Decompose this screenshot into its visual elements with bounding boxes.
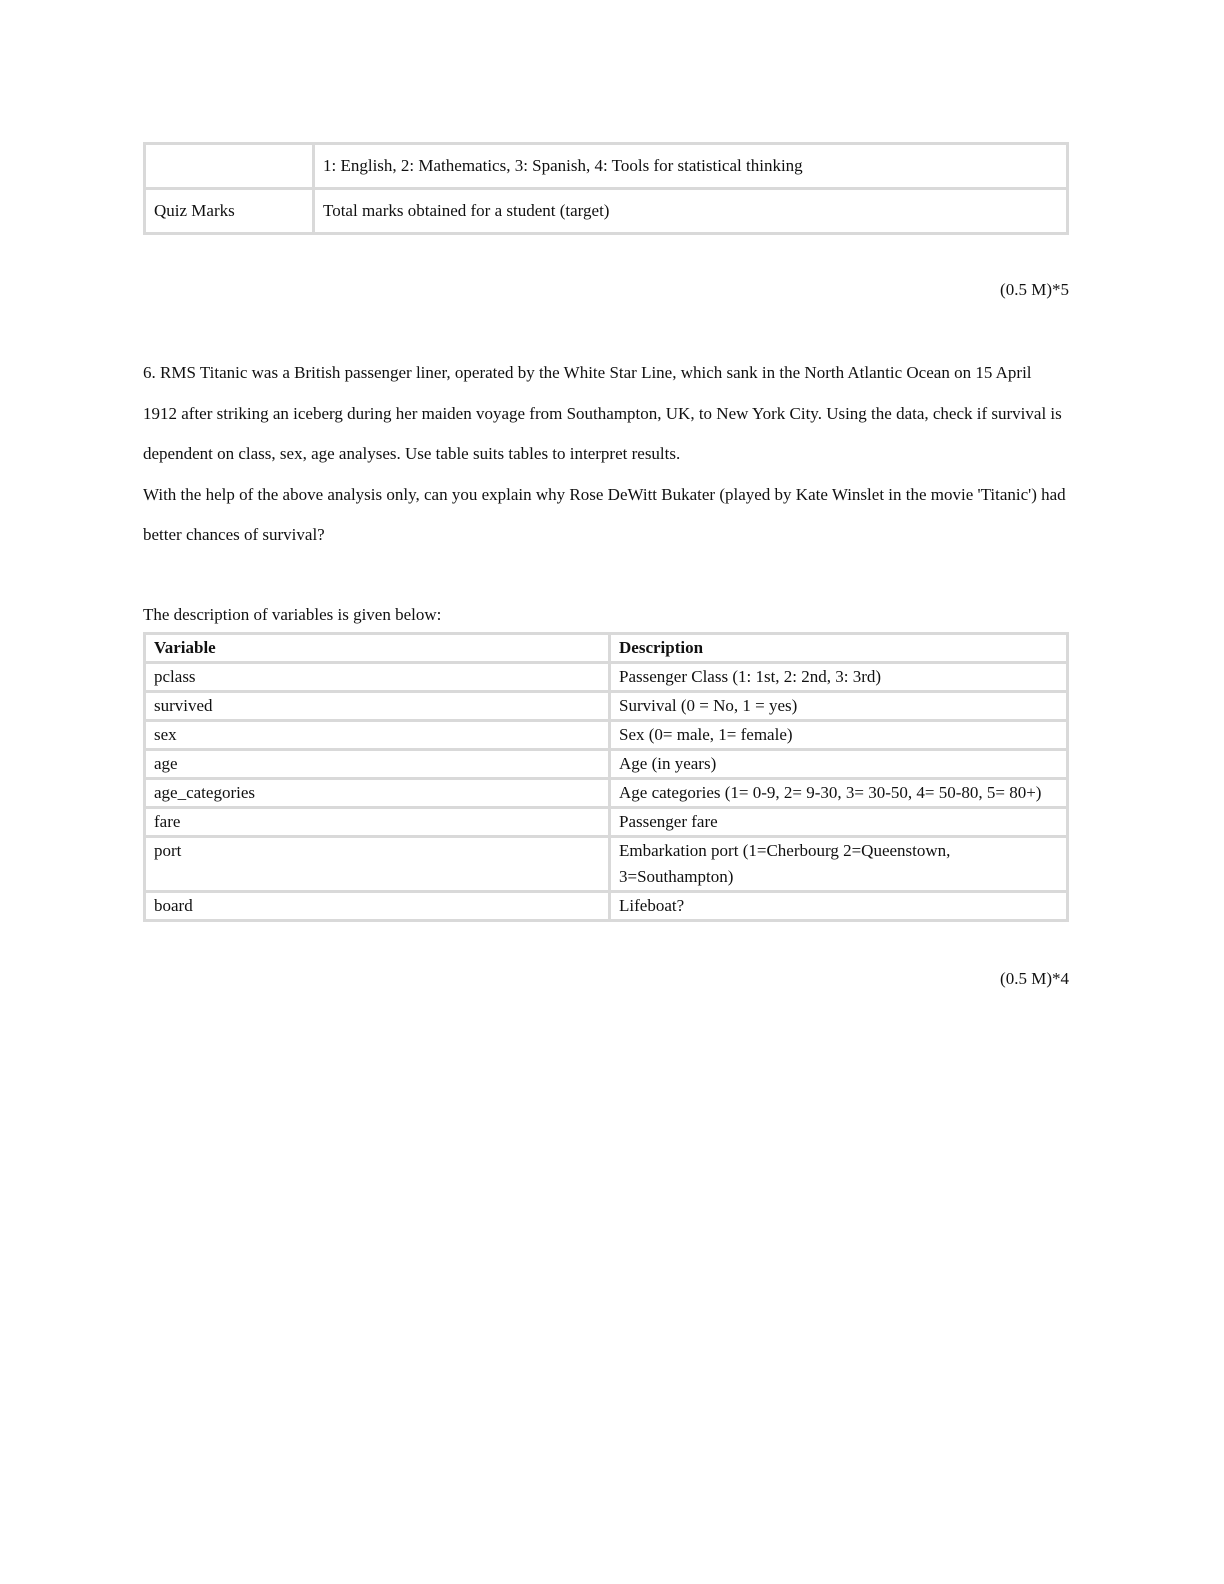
table-cell-variable: board [145,891,610,920]
table-cell-description: Passenger Class (1: 1st, 2: 2nd, 3: 3rd) [610,662,1068,691]
table-cell-description: Lifeboat? [610,891,1068,920]
table-cell-description: Embarkation port (1=Cherbourg 2=Queensto… [610,836,1068,891]
table-row: Quiz Marks Total marks obtained for a st… [145,189,1068,234]
document-page: 1: English, 2: Mathematics, 3: Spanish, … [143,142,1069,992]
table-cell-description: Total marks obtained for a student (targ… [314,189,1068,234]
table-row: fare Passenger fare [145,807,1068,836]
table-cell-variable [145,144,314,189]
table-row: port Embarkation port (1=Cherbourg 2=Que… [145,836,1068,891]
table-row: pclass Passenger Class (1: 1st, 2: 2nd, … [145,662,1068,691]
table-cell-variable: sex [145,720,610,749]
variables-table-continued: 1: English, 2: Mathematics, 3: Spanish, … [143,142,1069,235]
table-row: age_categories Age categories (1= 0-9, 2… [145,778,1068,807]
variables-table: Variable Description pclass Passenger Cl… [143,632,1069,922]
table-cell-description: Passenger fare [610,807,1068,836]
column-header-description: Description [610,633,1068,662]
column-header-variable: Variable [145,633,610,662]
table-row: board Lifeboat? [145,891,1068,920]
table-cell-variable: age [145,749,610,778]
table-row: age Age (in years) [145,749,1068,778]
question-paragraph: 6. RMS Titanic was a British passenger l… [143,353,1069,475]
table-cell-variable: Quiz Marks [145,189,314,234]
table-cell-description: 1: English, 2: Mathematics, 3: Spanish, … [314,144,1068,189]
table-cell-description: Age (in years) [610,749,1068,778]
table-cell-variable: survived [145,691,610,720]
table-row: survived Survival (0 = No, 1 = yes) [145,691,1068,720]
table-cell-description: Sex (0= male, 1= female) [610,720,1068,749]
table-cell-variable: pclass [145,662,610,691]
table-header-row: Variable Description [145,633,1068,662]
table-cell-description: Survival (0 = No, 1 = yes) [610,691,1068,720]
table-cell-variable: age_categories [145,778,610,807]
question-paragraph: With the help of the above analysis only… [143,475,1069,556]
table-cell-variable: fare [145,807,610,836]
table-cell-description: Age categories (1= 0-9, 2= 9-30, 3= 30-5… [610,778,1068,807]
marks-label: (0.5 M)*4 [143,966,1069,992]
question-text: 6. RMS Titanic was a British passenger l… [143,353,1069,556]
table-caption: The description of variables is given be… [143,602,1069,628]
table-row: 1: English, 2: Mathematics, 3: Spanish, … [145,144,1068,189]
table-cell-variable: port [145,836,610,891]
table-row: sex Sex (0= male, 1= female) [145,720,1068,749]
marks-label: (0.5 M)*5 [143,277,1069,303]
